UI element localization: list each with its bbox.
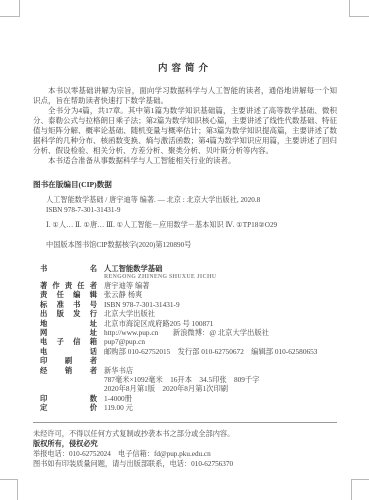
row-value: pup7@pup.cn xyxy=(104,337,337,346)
table-row: 出版发行 北京大学出版社 xyxy=(40,309,337,318)
row-value xyxy=(104,356,337,365)
intro-paragraph-2: 全书分为4篇，共17章。其中第1篇为数学知识基础篇，主要讲述了高等数学基础、微积… xyxy=(33,106,337,156)
table-row: 电子信箱 pup7@pup.cn xyxy=(40,337,337,346)
table-row: 定价 119.00 元 xyxy=(40,403,337,412)
report-contact: 举报电话：010-62752024 电子信箱：fd@pup.pku.edu.cn xyxy=(33,449,337,459)
row-value: 2020年8月第1版 2020年8月第1次印刷 xyxy=(104,384,337,393)
book-title-value: 人工智能数学基础 RENGONG ZHINENG SHUXUE JICHU xyxy=(104,264,337,281)
crop-mark-top-left xyxy=(0,0,20,17)
row-value: 787毫米×1092毫米 16开本 34.5印张 809千字 xyxy=(104,375,337,384)
quality-contact: 图书如有印装质量问题，请与出版部联系，电话：010-62756370 xyxy=(33,459,337,469)
row-label: 印数 xyxy=(40,394,97,403)
footer-divider xyxy=(33,422,337,423)
row-label: 定价 xyxy=(40,403,97,412)
page-content: 内容简介 本书以零基础讲解为宗旨，面向学习数据科学与人工智能的读者，通俗地讲解每… xyxy=(33,60,337,469)
row-label: 著作责任者 xyxy=(40,281,97,290)
intro-paragraph-1: 本书以零基础讲解为宗旨，面向学习数据科学与人工智能的读者，通俗地讲解每一个知识点… xyxy=(33,86,337,106)
row-label: 电话 xyxy=(40,347,97,356)
table-row: 经销者 新华书店 xyxy=(40,366,337,375)
row-value: 邮购部 010-62752015 发行部 010-62750672 编辑部 01… xyxy=(104,347,337,356)
copyright-page: 内容简介 本书以零基础讲解为宗旨，面向学习数据科学与人工智能的读者，通俗地讲解每… xyxy=(0,0,369,500)
row-value: http://www.pup.cn 新浪微博：@ 北京大学出版社 xyxy=(104,328,337,337)
table-row: 书名 人工智能数学基础 RENGONG ZHINENG SHUXUE JICHU xyxy=(40,264,337,281)
table-row: 印刷者 xyxy=(40,356,337,365)
row-value: 张云静 杨爽 xyxy=(104,290,337,299)
row-label: 电子信箱 xyxy=(40,337,97,346)
colophon-table: 书名 人工智能数学基础 RENGONG ZHINENG SHUXUE JICHU… xyxy=(40,264,337,413)
cip-title-line: 人工智能数学基础 / 唐宇迪等 编著. — 北京 : 北京大学出版社, 2020… xyxy=(46,196,337,206)
row-value: 新华书店 xyxy=(104,366,337,375)
crop-mark-top-right xyxy=(349,0,369,17)
table-row: 责任编辑 张云静 杨爽 xyxy=(40,290,337,299)
row-label: 出版发行 xyxy=(40,309,97,318)
rights-statement: 版权所有，侵权必究 xyxy=(33,439,337,449)
cip-header: 图书在版编目(CIP)数据 xyxy=(33,179,337,190)
row-label: 地址 xyxy=(40,319,97,328)
intro-title: 内容简介 xyxy=(33,60,337,74)
table-row: 著作责任者 唐宇迪等 编著 xyxy=(40,281,337,290)
row-label: 责任编辑 xyxy=(40,290,97,299)
copy-notice: 未经许可，不得以任何方式复制或抄袭本书之部分或全部内容。 xyxy=(33,429,337,439)
table-row: 地址 北京市海淀区成府路205 号 100871 xyxy=(40,319,337,328)
cip-isbn-line: ISBN 978-7-301-31431-9 xyxy=(46,206,337,216)
row-label: 印刷者 xyxy=(40,356,97,365)
row-value: 北京市海淀区成府路205 号 100871 xyxy=(104,319,337,328)
row-label xyxy=(40,375,97,384)
row-label: 经销者 xyxy=(40,366,97,375)
row-value: 1-4000册 xyxy=(104,394,337,403)
cip-classification-line: Ⅰ. ①人… Ⅱ. ①唐… Ⅲ. ①人工智能－应用数学－基本知识 Ⅳ. ①TP1… xyxy=(46,221,337,231)
book-title-text: 人工智能数学基础 xyxy=(104,264,162,273)
cip-block: 人工智能数学基础 / 唐宇迪等 编著. — 北京 : 北京大学出版社, 2020… xyxy=(46,196,337,231)
row-label xyxy=(40,384,97,393)
row-label: 书名 xyxy=(40,264,97,281)
book-title-pinyin: RENGONG ZHINENG SHUXUE JICHU xyxy=(104,273,337,281)
table-row: 电话 邮购部 010-62752015 发行部 010-62750672 编辑部… xyxy=(40,347,337,356)
table-row: 787毫米×1092毫米 16开本 34.5印张 809千字 xyxy=(40,375,337,384)
row-value: 唐宇迪等 编著 xyxy=(104,281,337,290)
table-row: 标准书号 ISBN 978-7-301-31431-9 xyxy=(40,300,337,309)
crop-mark-bottom-right xyxy=(351,479,369,500)
intro-paragraph-3: 本书适合准备从事数据科学与人工智能相关行业的读者。 xyxy=(33,156,337,166)
table-row: 网址 http://www.pup.cn 新浪微博：@ 北京大学出版社 xyxy=(40,328,337,337)
row-value: ISBN 978-7-301-31431-9 xyxy=(104,300,337,309)
cip-record-number: 中国版本图书馆CIP数据核字(2020)第120890号 xyxy=(46,240,337,250)
row-label: 网址 xyxy=(40,328,97,337)
footer-notices: 未经许可，不得以任何方式复制或抄袭本书之部分或全部内容。 版权所有，侵权必究 举… xyxy=(33,429,337,469)
row-label: 标准书号 xyxy=(40,300,97,309)
table-row: 印数 1-4000册 xyxy=(40,394,337,403)
row-value: 北京大学出版社 xyxy=(104,309,337,318)
row-value: 119.00 元 xyxy=(104,403,337,412)
table-row: 2020年8月第1版 2020年8月第1次印刷 xyxy=(40,384,337,393)
crop-mark-bottom-left xyxy=(0,479,18,500)
